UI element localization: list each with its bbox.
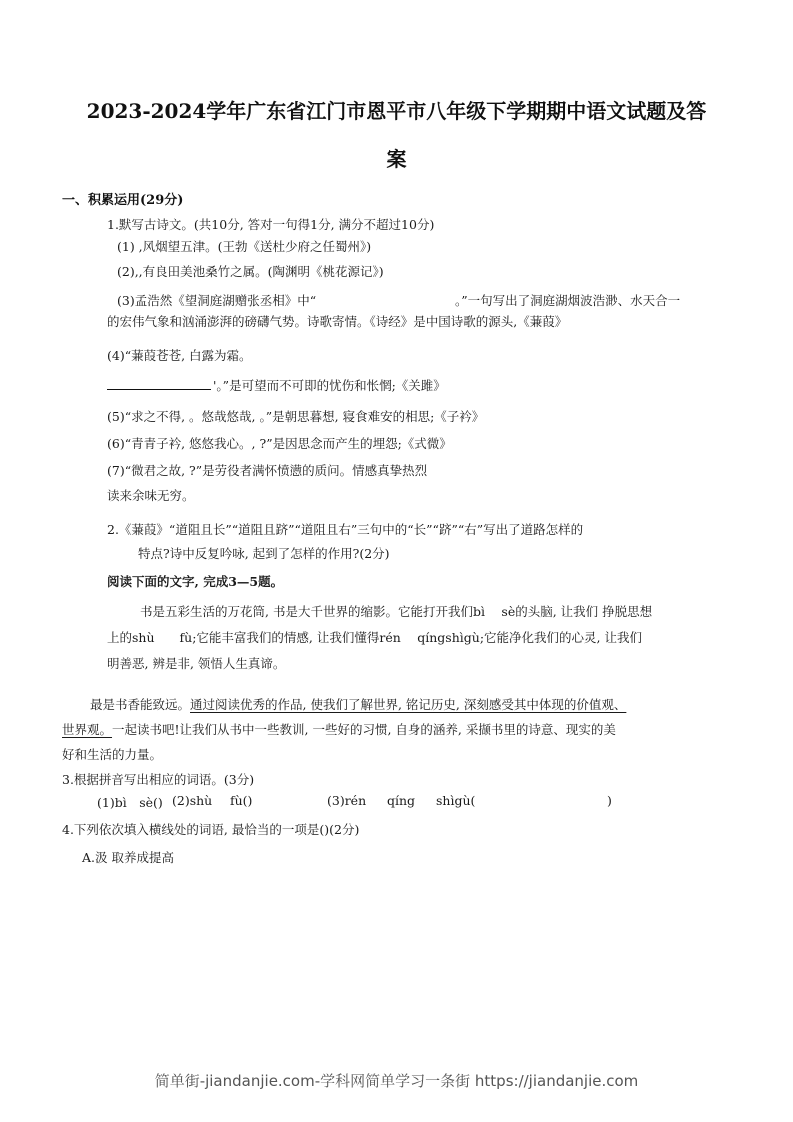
q3-part-3a: (3)rén: [327, 793, 366, 808]
q1-item-6: (6)“青青子衿, 悠悠我心。, ?”是因思念而产生的埋怨;《式微》: [107, 434, 452, 452]
q1-item-3-end: 。”一句写出了洞庭湖烟波浩渺、水天合一: [455, 291, 680, 309]
q1-stem: 1.默写古诗文。(共10分, 答对一句得1分, 满分不超过10分): [107, 215, 434, 233]
q1-item-2: (2),,有良田美池桑竹之属。(陶渊明《桃花源记》): [117, 262, 384, 280]
document-title-line2: 案: [0, 143, 793, 172]
passage-p2-line3: 好和生活的力量。: [62, 745, 162, 763]
q1-item-7: (7)“微君之故, ?”是劳役者满怀愤懑的质问。情感真挚热烈: [107, 461, 427, 479]
q4-stem: 4.下列依次填入横线处的词语, 最恰当的一项是()(2分): [62, 820, 359, 838]
q4-option-a: A.汲 取养成提高: [82, 848, 174, 866]
passage-p1-line3: 明善恶, 辨是非, 领悟人生真谛。: [107, 654, 285, 672]
q1-item-3-cont: 的宏伟气象和汹涌澎湃的磅礴气势。诗歌寄情。《诗经》是中国诗歌的源头,《蒹葭》: [107, 312, 567, 330]
passage-p2-line1: 最是书香能致远。通过阅读优秀的作品, 使我们了解世界, 铭记历史, 深刻感受其中…: [90, 695, 626, 713]
q1-item-1: (1) ,风烟望五津。(王勃《送杜少府之任蜀州》): [117, 237, 371, 255]
q3-part-3b: qíng: [387, 793, 415, 808]
underlined-sentence: 通过阅读优秀的作品, 使我们了解世界, 铭记历史, 深刻感受其中体现的价值观、: [190, 697, 626, 712]
footer-watermark: 简单街-jiandanjie.com-学科网简单学习一条街 https://ji…: [0, 1070, 793, 1091]
reading-heading: 阅读下面的文字, 完成3—5题。: [107, 572, 283, 590]
q1-item-7-cont: 读来余味无穷。: [107, 486, 195, 504]
q3-part-3c: shìgù(: [436, 793, 475, 808]
fill-blank-line: [107, 377, 211, 390]
q3-part-3d: ): [607, 793, 612, 808]
q1-item-5: (5)“求之不得, 。悠哉悠哉, 。”是朝思暮想, 寝食难安的相思;《子衿》: [107, 407, 484, 425]
q2-line1: 2.《蒹葭》“道阻且长”“道阻且跻”“道阻且右”三句中的“长”“跻”“右”写出了…: [107, 520, 583, 538]
q2-line2: 特点?诗中反复吟咏, 起到了怎样的作用?(2分): [138, 544, 390, 562]
section-heading: 一、积累运用(29分): [62, 189, 183, 208]
q3-part-1: (1)bì sè(): [97, 793, 163, 811]
q1-item-4: (4)“蒹葭苍苍, 白露为霜。: [107, 346, 252, 364]
q1-item-3-start: (3)孟浩然《望洞庭湖赠张丞相》中“: [117, 291, 316, 309]
q3-part-2a: (2)shù: [172, 793, 212, 808]
passage-p1-line2: 上的shù fù;它能丰富我们的情感, 让我们懂得rén qíngshìgù;它…: [107, 628, 642, 646]
q3-part-2b: fù(): [230, 793, 252, 808]
q1-item-4-cont: '。”是可望而不可即的忧伤和怅惘;《关雎》: [107, 376, 446, 394]
underlined-sentence-end: 世界观。: [62, 722, 112, 737]
q3-stem: 3.根据拼音写出相应的词语。(3分): [62, 770, 254, 788]
document-title-line1: 2023-2024学年广东省江门市恩平市八年级下学期期中语文试题及答: [0, 95, 793, 124]
passage-p1-line1: 书是五彩生活的万花筒, 书是大千世界的缩影。它能打开我们bì sè的头脑, 让我…: [140, 602, 652, 620]
passage-p2-line2: 世界观。一起读书吧!让我们从书中一些教训, 一些好的习惯, 自身的涵养, 采撷书…: [62, 720, 616, 738]
